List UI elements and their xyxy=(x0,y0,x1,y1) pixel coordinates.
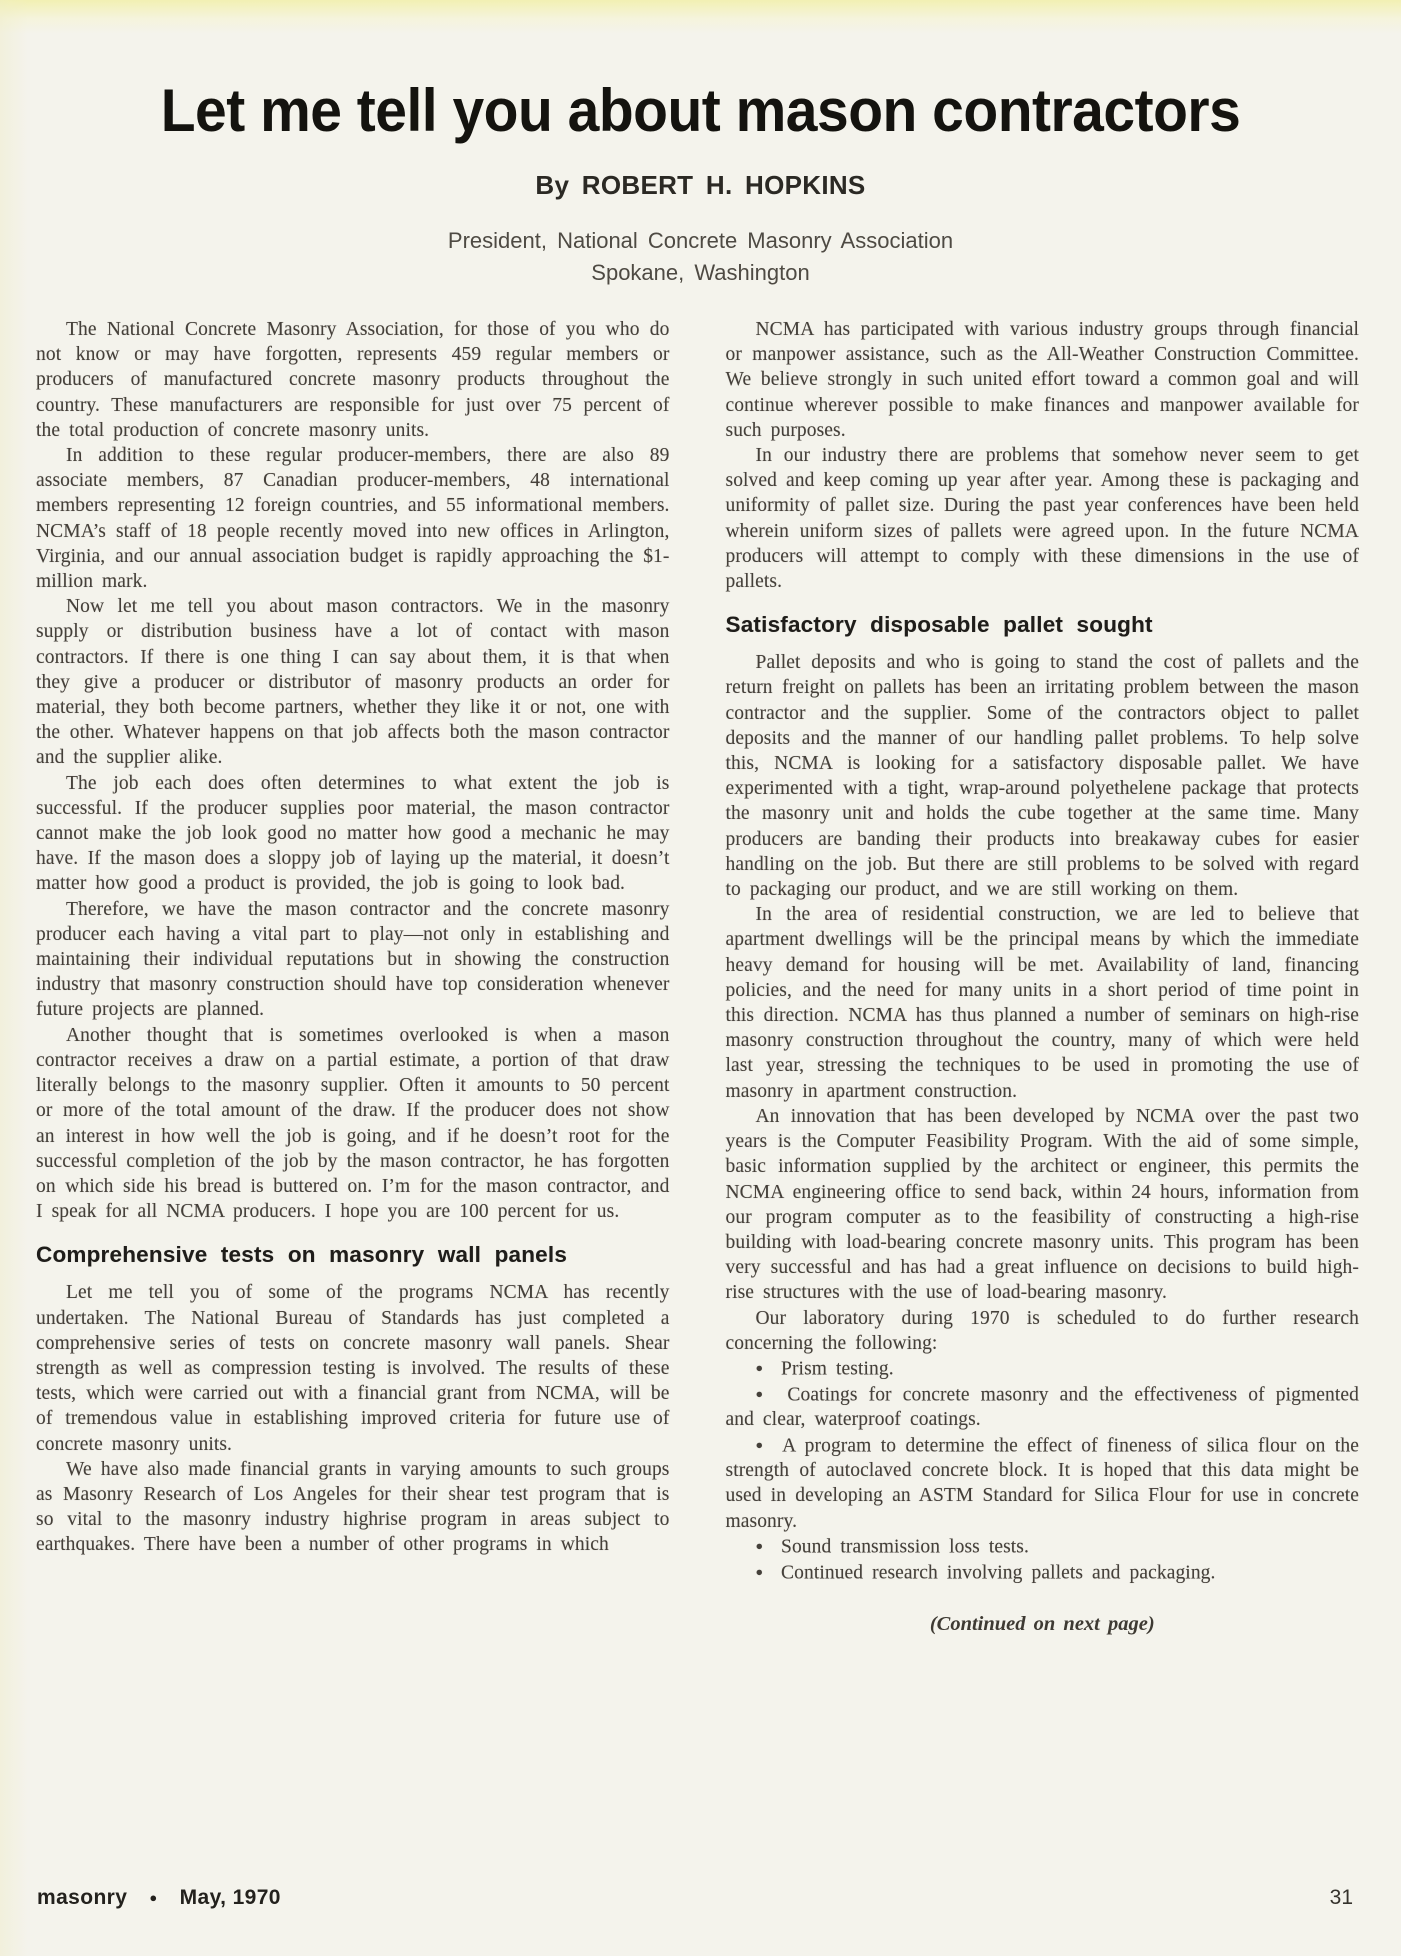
affiliation-line-2: Spokane, Washington xyxy=(0,257,1401,289)
paragraph: Our laboratory during 1970 is scheduled … xyxy=(726,1306,1360,1356)
article-title: Let me tell you about mason contractors xyxy=(0,76,1401,145)
bullet-item: ● Sound transmission loss tests. xyxy=(726,1534,1360,1560)
paragraph: The National Concrete Masonry Associatio… xyxy=(36,317,670,443)
bullet-item: ● Prism testing. xyxy=(726,1356,1360,1382)
paragraph: An innovation that has been developed by… xyxy=(726,1104,1360,1306)
page-root: { "page": { "title": "Let me tell you ab… xyxy=(0,0,1401,1956)
article-header: Let me tell you about mason contractors … xyxy=(0,0,1401,289)
article-body: The National Concrete Masonry Associatio… xyxy=(0,317,1401,1883)
paragraph: Another thought that is sometimes overlo… xyxy=(36,1023,670,1225)
magazine-name: masonry xyxy=(37,1886,127,1909)
bullet-icon: ● xyxy=(756,1565,764,1579)
paragraph: Therefore, we have the mason contractor … xyxy=(36,897,670,1023)
affiliation-line-1: President, National Concrete Masonry Ass… xyxy=(0,225,1401,257)
bullet-icon: ● xyxy=(756,1387,766,1401)
paragraph: In the area of residential construction,… xyxy=(726,902,1360,1104)
paragraph: Let me tell you of some of the programs … xyxy=(36,1280,670,1456)
bullet-item: ● Coatings for concrete masonry and the … xyxy=(726,1382,1360,1433)
page-number: 31 xyxy=(1330,1886,1353,1910)
bullet-item: ● Continued research involving pallets a… xyxy=(726,1560,1360,1586)
paragraph: We have also made financial grants in va… xyxy=(36,1457,670,1558)
paragraph: In our industry there are problems that … xyxy=(726,443,1360,594)
paragraph: Pallet deposits and who is going to stan… xyxy=(726,650,1360,902)
paragraph: NCMA has participated with various indus… xyxy=(726,317,1360,443)
paragraph: In addition to these regular producer-me… xyxy=(36,443,670,594)
paragraph: Now let me tell you about mason contract… xyxy=(36,594,670,770)
footer-bullet-icon: ● xyxy=(149,1890,157,1905)
paragraph: The job each does often determines to wh… xyxy=(36,771,670,897)
continued-note: (Continued on next page) xyxy=(726,1613,1360,1636)
column-left: The National Concrete Masonry Associatio… xyxy=(36,317,670,1883)
page-footer: masonry●May, 1970 31 xyxy=(37,1886,1353,1910)
footer-issue-line: masonry●May, 1970 xyxy=(37,1886,281,1910)
column-right: NCMA has participated with various indus… xyxy=(726,317,1360,1883)
bullet-icon: ● xyxy=(756,1361,764,1375)
section-heading: Satisfactory disposable pallet sought xyxy=(726,612,1360,638)
bullet-icon: ● xyxy=(756,1539,764,1553)
bullet-item: ● A program to determine the effect of f… xyxy=(726,1433,1360,1534)
author-affiliation: President, National Concrete Masonry Ass… xyxy=(0,225,1401,289)
section-heading: Comprehensive tests on masonry wall pane… xyxy=(36,1242,670,1268)
issue-date: May, 1970 xyxy=(180,1886,281,1909)
bullet-icon: ● xyxy=(756,1438,764,1452)
byline: By ROBERT H. HOPKINS xyxy=(0,170,1401,201)
